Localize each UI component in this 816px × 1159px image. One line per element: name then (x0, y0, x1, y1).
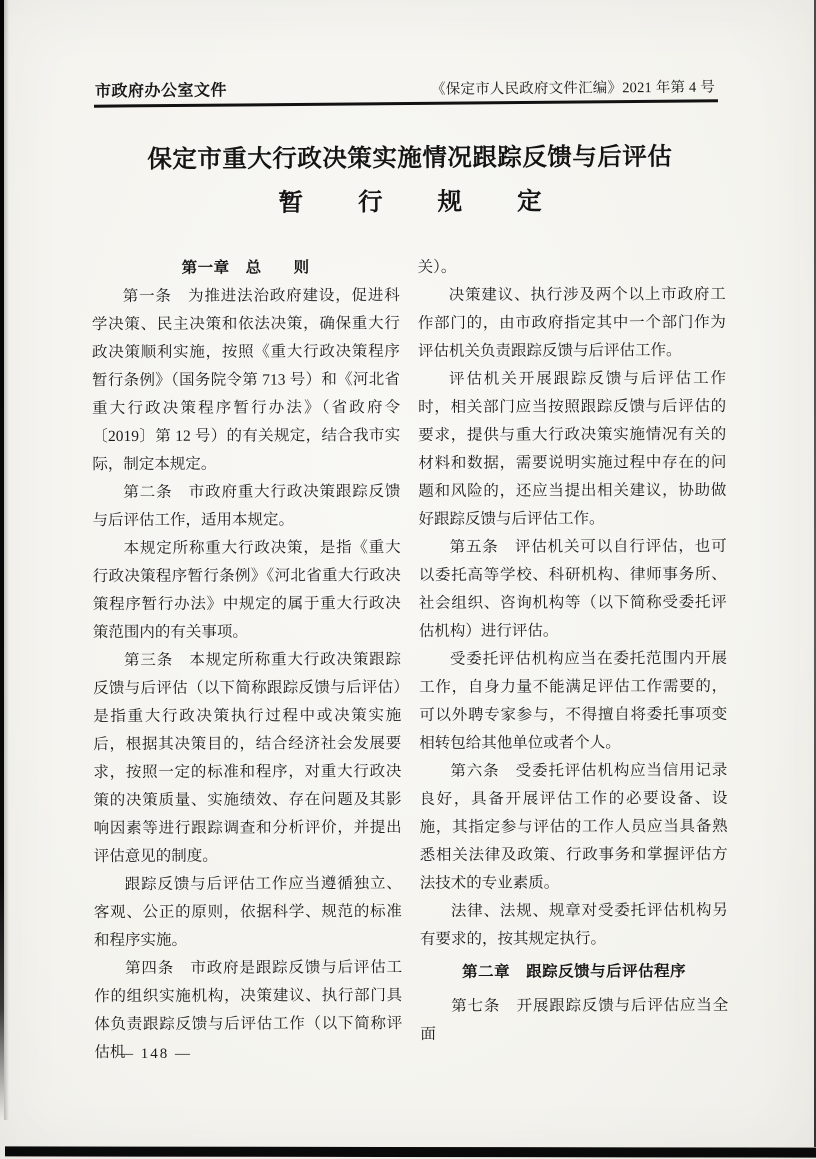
body-paragraph: 第五条 评估机关可以自行评估，也可以委托高等学校、科研机构、律师事务所、社会组织… (419, 533, 727, 646)
document-body: 第一章 总 则第一条 为推进法治政府建设，促进科学决策、民主决策和依法决策，确保… (92, 253, 729, 1067)
body-paragraph: 评估机关开展跟踪反馈与后评估工作时，相关部门应当按照跟踪反馈与后评估的要求，提供… (418, 365, 727, 534)
left-column: 第一章 总 则第一条 为推进法治政府建设，促进科学决策、民主决策和依法决策，确保… (92, 254, 403, 1067)
body-paragraph: 第七条 开展跟踪反馈与后评估应当全面 (420, 992, 728, 1049)
scan-edge-bottom (5, 1146, 816, 1157)
header-doc-type-label: 市政府办公室文件 (95, 77, 227, 101)
body-paragraph: 受委托评估机构应当在委托范围内开展工作，自身力量不能满足评估工作需要的，可以外聘… (419, 645, 727, 758)
document-title-line1: 保定市重大行政决策实施情况跟踪反馈与后评估 (93, 141, 727, 176)
chapter-heading: 第二章 跟踪反馈与后评估程序 (420, 958, 728, 987)
scanned-document-page: 市政府办公室文件 《保定市人民政府文件汇编》2021 年第 4 号 保定市重大行… (0, 0, 816, 1159)
scan-edge-left (0, 0, 4, 1120)
page-header: 市政府办公室文件 《保定市人民政府文件汇编》2021 年第 4 号 (95, 74, 715, 102)
body-paragraph: 第二条 市政府重大行政决策跟踪反馈与后评估工作，适用本规定。 (92, 478, 400, 535)
body-paragraph: 关）。 (418, 253, 726, 282)
right-column: 关）。决策建议、执行涉及两个以上市政府工作部门的，由市政府指定其中一个部门作为评… (418, 253, 729, 1066)
body-paragraph: 第三条 本规定所称重大行政决策跟踪反馈与后评估（以下简称跟踪反馈与后评估）是指重… (93, 646, 402, 871)
chapter-heading: 第一章 总 则 (92, 254, 400, 283)
body-paragraph: 决策建议、执行涉及两个以上市政府工作部门的，由市政府指定其中一个部门作为评估机关… (418, 281, 726, 366)
body-paragraph: 第六条 受委托评估机构应当信用记录良好，具备开展评估工作的必要设备、设施，其指定… (419, 757, 727, 898)
document-title-line2: 暂行规定 (93, 185, 727, 220)
body-paragraph: 本规定所称重大行政决策，是指《重大行政决策程序暂行条例》《河北省重大行政决策程序… (93, 534, 401, 647)
body-paragraph: 跟踪反馈与后评估工作应当遵循独立、客观、公正的原则，依据科学、规范的标准和程序实… (94, 870, 402, 955)
body-paragraph: 第一条 为推进法治政府建设，促进科学决策、民主决策和依法决策，确保重大行政决策顺… (92, 282, 401, 479)
page-number: — 148 — (118, 1046, 192, 1063)
body-paragraph: 法律、法规、规章对受委托评估机构另有要求的，按其规定执行。 (420, 897, 728, 954)
document-title: 保定市重大行政决策实施情况跟踪反馈与后评估 暂行规定 (93, 141, 727, 220)
header-compilation-label: 《保定市人民政府文件汇编》2021 年第 4 号 (431, 76, 715, 99)
